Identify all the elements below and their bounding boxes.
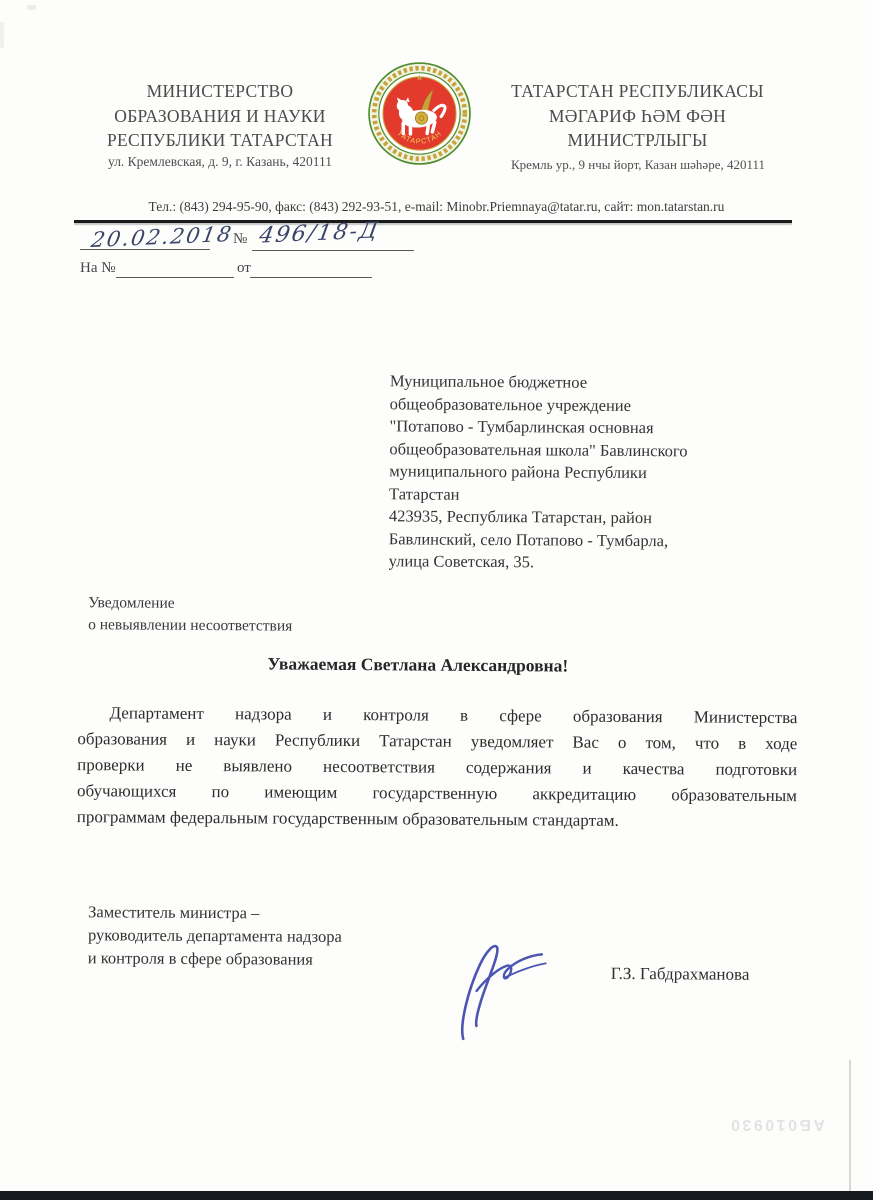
recipient-line: муниципального района Республики <box>389 460 829 486</box>
faint-serial-watermark: АБ010930 <box>695 1115 825 1133</box>
body-line: программам федеральным государственным о… <box>77 804 797 835</box>
recipient-address-block: Муниципальное бюджетное общеобразователь… <box>389 370 830 576</box>
recipient-line: общеобразовательная школа" Бавлинского <box>389 438 829 464</box>
scan-bottom-edge <box>0 1191 873 1200</box>
letter-content: Муниципальное бюджетное общеобразователь… <box>0 0 873 1200</box>
recipient-line: Бавлинский, село Потапово - Тумбарла, <box>389 528 829 554</box>
recipient-line: улица Советская, 35. <box>389 550 829 576</box>
recipient-line: общеобразовательное учреждение <box>390 393 830 419</box>
subject-line2: о невыявлении несоответствия <box>88 614 418 638</box>
signer-name: Г.З. Габдрахманова <box>611 964 750 985</box>
handwritten-signature-icon <box>445 931 576 1044</box>
signer-title-line: руководитель департамента надзора <box>88 923 448 949</box>
scan-smudge <box>0 22 4 48</box>
signer-title-block: Заместитель министра – руководитель депа… <box>88 900 448 972</box>
signer-title-line: Заместитель министра – <box>88 900 448 926</box>
salutation: Уважаемая Светлана Александровна! <box>98 652 738 677</box>
scanned-letter-page: МИНИСТЕРСТВО ОБРАЗОВАНИЯ И НАУКИ РЕСПУБЛ… <box>0 0 873 1200</box>
recipient-line: 423935, Республика Татарстан, район <box>389 505 829 531</box>
scan-smudge <box>27 5 36 10</box>
signer-title-line: и контроля в сфере образования <box>88 946 448 972</box>
recipient-line: "Потапово - Тумбарлинская основная <box>389 415 829 441</box>
subject-line1: Уведомление <box>88 592 418 616</box>
subject-block: Уведомление о невыявлении несоответствия <box>88 592 418 638</box>
body-paragraph: Департамент надзора и контроля в сфере о… <box>77 700 798 835</box>
scan-page-edge-line <box>849 1060 851 1191</box>
recipient-line: Татарстан <box>389 483 829 509</box>
recipient-line: Муниципальное бюджетное <box>390 370 830 396</box>
